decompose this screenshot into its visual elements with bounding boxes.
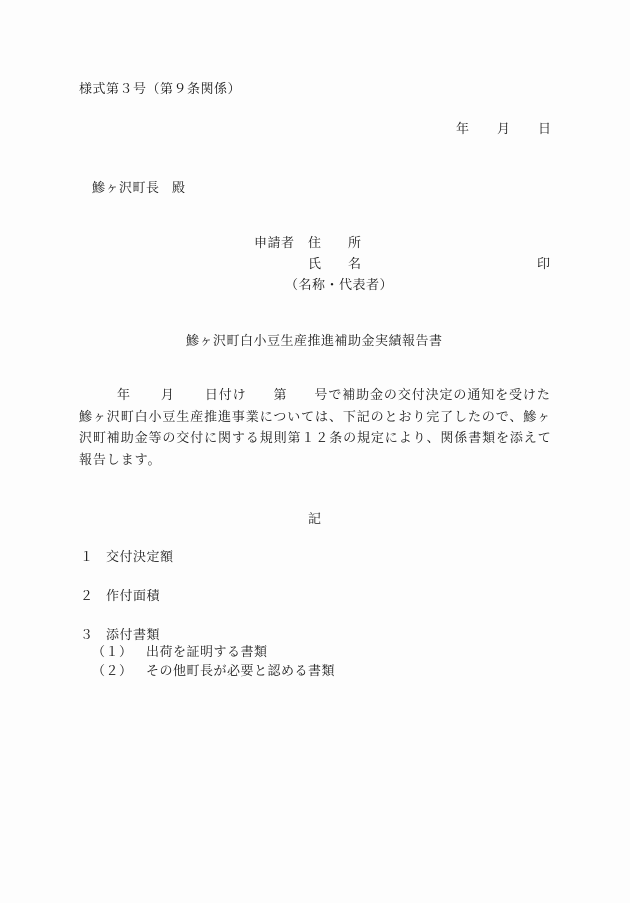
name-note: （名称・代表者）: [285, 279, 393, 292]
body-month-label: 月: [161, 388, 175, 403]
seal-label: 印: [537, 258, 551, 271]
document-title: 鰺ヶ沢町白小豆生産推進補助金実績報告書: [186, 335, 443, 348]
date-year-label: 年: [456, 123, 470, 136]
addressee-name: 鰺ヶ沢町長: [92, 182, 160, 195]
name-label-2: 名: [348, 258, 362, 271]
item-number: １: [80, 551, 94, 564]
address-label-1: 住: [308, 237, 322, 250]
document-page: 様式第３号（第９条関係） 年 月 日 鰺ヶ沢町長 殿 申請者 住 所 氏 名 印…: [0, 0, 630, 903]
body-paragraph: 年月日付け第号で補助金の交付決定の通知を受けた鰺ヶ沢町白小豆生産推進事業について…: [79, 385, 554, 471]
body-year-label: 年: [117, 388, 131, 403]
date-month-label: 月: [497, 123, 511, 136]
body-day-label: 日付け: [205, 388, 247, 403]
item-number: ３: [80, 629, 94, 642]
form-number: 様式第３号（第９条関係）: [79, 83, 241, 96]
body-text: 号で補助金の交付決定の通知を受けた鰺ヶ沢町白小豆生産推進事業については、下記のと…: [79, 388, 552, 468]
body-number-prefix: 第: [274, 388, 288, 403]
item-label: 交付決定額: [106, 551, 174, 564]
addressee-honorific: 殿: [172, 182, 186, 195]
note-heading: 記: [308, 513, 322, 526]
attachment-label: 出荷を証明する書類: [146, 646, 268, 659]
name-label-1: 氏: [308, 258, 322, 271]
item-label: 作付面積: [106, 590, 160, 603]
date-day-label: 日: [538, 123, 552, 136]
attachment-label: その他町長が必要と認める書類: [146, 665, 335, 678]
attachment-number: （１）: [92, 646, 133, 659]
applicant-label: 申請者: [254, 237, 295, 250]
item-label: 添付書類: [106, 629, 160, 642]
item-number: ２: [80, 590, 94, 603]
attachment-number: （２）: [92, 665, 133, 678]
address-label-2: 所: [348, 237, 362, 250]
